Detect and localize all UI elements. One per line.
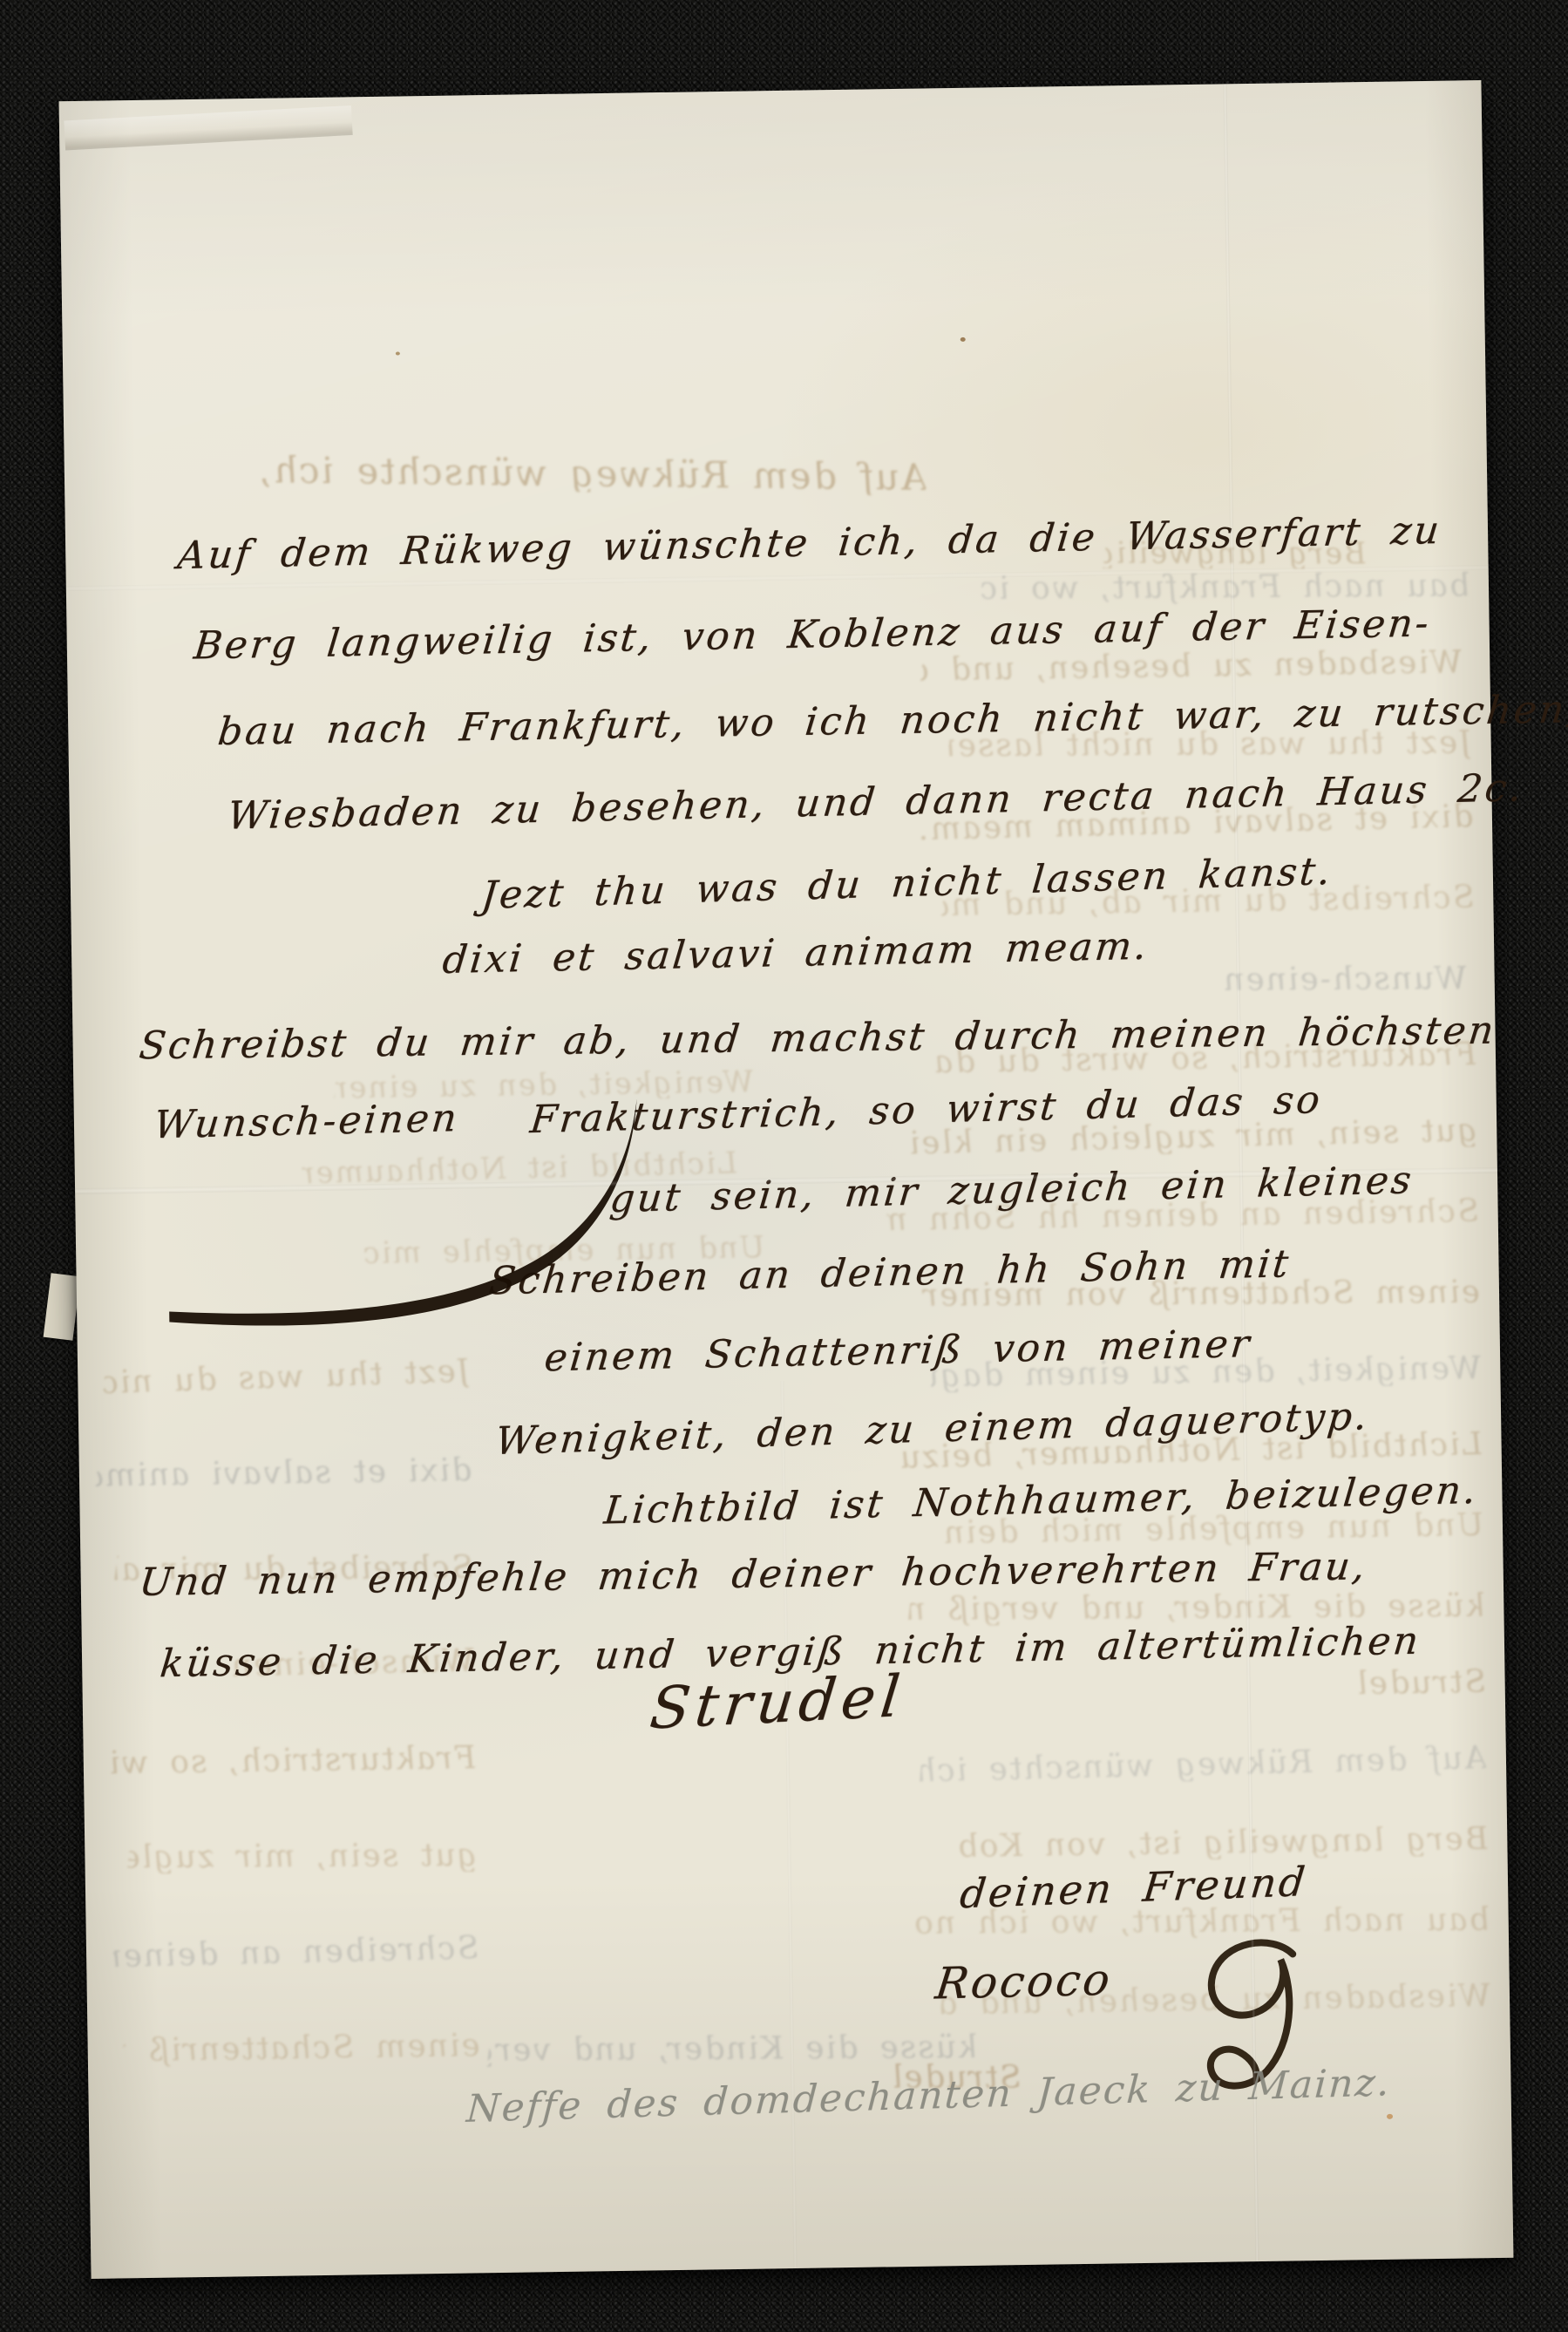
paper-edge-sliver [44,1273,81,1341]
letter-paper: Auf dem Rükweg wünschte ich, da die Wass… [59,80,1514,2279]
letter-line-10: gut sein, mir zugleich ein kleines [608,1161,1415,1219]
letter-line-14: Lichtbild ist Nothhaumer, beizulegen. [602,1472,1480,1531]
letter-line-13: Wenigkeit, den zu einem daguerotyp. [494,1397,1372,1461]
letter-line-6-latin: dixi et salvavi animam meam. [441,928,1151,980]
bleedthrough-line: gut sein, mir zugleich ein kleines [126,1840,479,1873]
letter-line-7: Schreibst du mir ab, und machst durch me… [138,1012,1498,1066]
paper-speck [1387,2114,1393,2119]
ink-speck [960,337,966,342]
fraktur-stroke-flourish [160,1086,669,1338]
letter-line-4: Wiesbaden zu besehen, und dann recta nac… [226,769,1526,836]
letter-line-3: bau nach Frankfurt, wo ich noch nicht wa… [216,690,1568,751]
bleedthrough-line: küsse die Kinder, und vergiß nicht im al… [487,2032,979,2066]
letter-line-12: einem Schattenriß von meiner [543,1325,1254,1377]
ink-speck [396,351,400,355]
corner-fold-top-left [64,105,352,151]
bleedthrough-line: Strudel [892,1667,1488,1707]
bleedthrough-line: Jezt thu was du nicht lassen kanst. [103,1356,472,1400]
bleedthrough-line: Frakturstrich, so wirst du das so [108,1743,478,1779]
bleedthrough-line: Auf dem Rükweg wünschte ich, da die Wass… [245,452,930,496]
bleedthrough-line: dixi et salvavi animam meam. [95,1455,473,1492]
letter-line-1: Auf dem Rükweg wünschte ich, da die Wass… [176,512,1443,575]
bleedthrough-layer: Auf dem Rükweg wünschte ich, da die Wass… [59,80,1482,101]
closing-line-freund: deinen Freund [958,1861,1309,1914]
bleedthrough-line: einem Schattenriß von meiner [121,2030,482,2067]
letter-line-15: Und nun empfehle mich deiner hochverehrt… [138,1547,1369,1602]
letter-line-2: Berg langweilig ist, von Koblenz aus auf… [192,604,1433,665]
bleedthrough-line: Berg langweilig ist, von Koblenz aus auf… [954,1824,1490,1863]
bleedthrough-line: Schreiben an deinen hh Sohn mit [111,1933,479,1973]
bleedthrough-line: bau nach Frankfurt, wo ich noch nicht wa… [980,571,1471,605]
bleedthrough-line: Auf dem Rükweg wünschte ich, da die Wass… [919,1743,1488,1787]
letter-line-5: Jezt thu was du nicht lassen kanst. [479,853,1334,915]
letter-word-strudel: Strudel [648,1668,908,1738]
signature-rococo: Rococo [933,1958,1115,2006]
